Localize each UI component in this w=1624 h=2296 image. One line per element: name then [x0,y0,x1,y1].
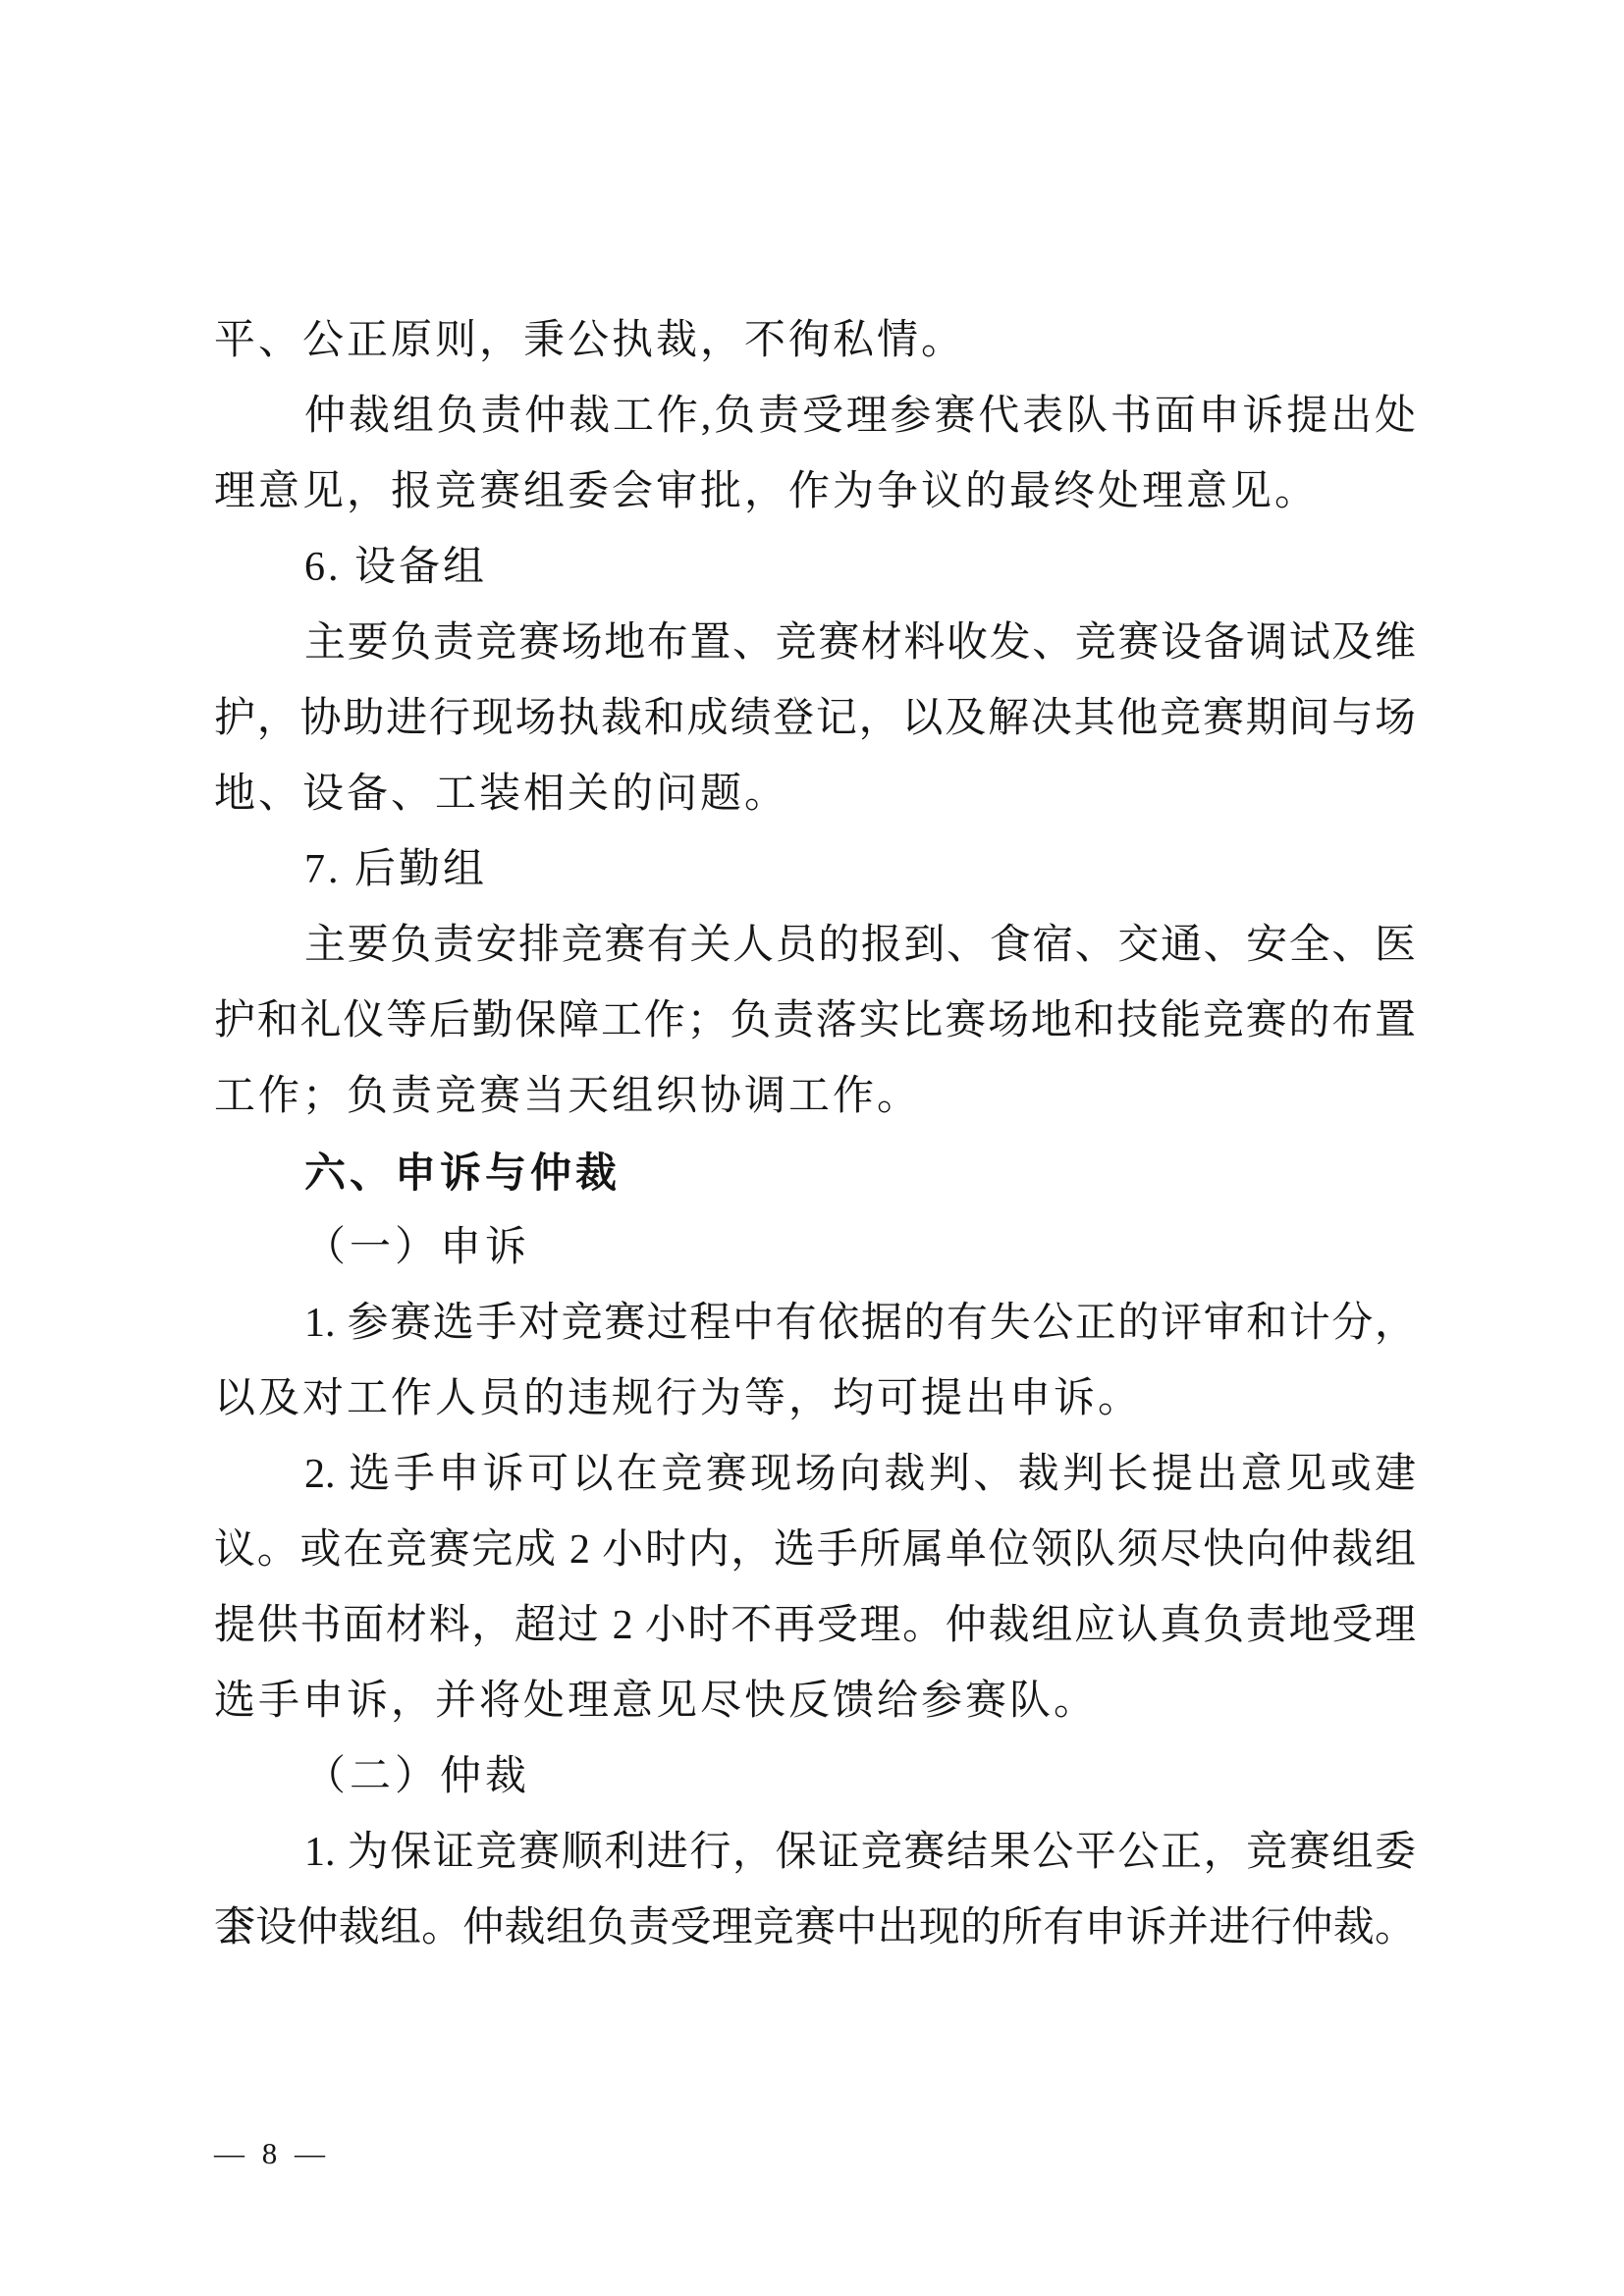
item-7-logistics-group-heading: 7. 后勤组 [214,832,1416,908]
paragraph-line: 理意见，报竞赛组委会审批，作为争议的最终处理意见。 [214,454,1416,530]
paragraph-line: 下设仲裁组。仲裁组负责受理竞赛中出现的所有申诉并进行仲裁。 [214,1891,1416,1966]
item-6-equipment-group-heading: 6. 设备组 [214,530,1416,606]
paragraph-line: 护，协助进行现场执裁和成绩登记，以及解决其他竞赛期间与场 [214,681,1416,757]
paragraph-line: 1. 为保证竞赛顺利进行，保证竞赛结果公平公正，竞赛组委会 [214,1815,1416,1891]
document-body: 平、公正原则，秉公执裁，不徇私情。 仲裁组负责仲裁工作,负责受理参赛代表队书面申… [214,303,1416,1966]
paragraph-line: 主要负责竞赛场地布置、竞赛材料收发、竞赛设备调试及维 [214,606,1416,681]
paragraph-line: 以及对工作人员的违规行为等，均可提出申诉。 [214,1362,1416,1437]
paragraph-line: 议。或在竞赛完成 2 小时内，选手所属单位领队须尽快向仲裁组 [214,1513,1416,1588]
subsection-1-appeal-heading: （一）申诉 [214,1210,1416,1286]
section-6-appeal-arbitration-heading: 六、申诉与仲裁 [214,1135,1416,1210]
paragraph-line: 仲裁组负责仲裁工作,负责受理参赛代表队书面申诉提出处 [214,379,1416,454]
paragraph-line: 平、公正原则，秉公执裁，不徇私情。 [214,303,1416,379]
paragraph-line: 地、设备、工装相关的问题。 [214,757,1416,832]
paragraph-line: 提供书面材料，超过 2 小时不再受理。仲裁组应认真负责地受理 [214,1588,1416,1664]
paragraph-line: 工作；负责竞赛当天组织协调工作。 [214,1059,1416,1135]
paragraph-line: 主要负责安排竞赛有关人员的报到、食宿、交通、安全、医 [214,908,1416,984]
paragraph-line: 护和礼仪等后勤保障工作；负责落实比赛场地和技能竞赛的布置 [214,984,1416,1059]
page-number: — 8 — [214,2132,330,2175]
paragraph-line: 选手申诉，并将处理意见尽快反馈给参赛队。 [214,1664,1416,1739]
paragraph-line: 1. 参赛选手对竞赛过程中有依据的有失公正的评审和计分， [214,1286,1416,1362]
subsection-2-arbitration-heading: （二）仲裁 [214,1739,1416,1815]
paragraph-line: 2. 选手申诉可以在竞赛现场向裁判、裁判长提出意见或建 [214,1437,1416,1513]
document-page: 平、公正原则，秉公执裁，不徇私情。 仲裁组负责仲裁工作,负责受理参赛代表队书面申… [0,0,1624,2296]
